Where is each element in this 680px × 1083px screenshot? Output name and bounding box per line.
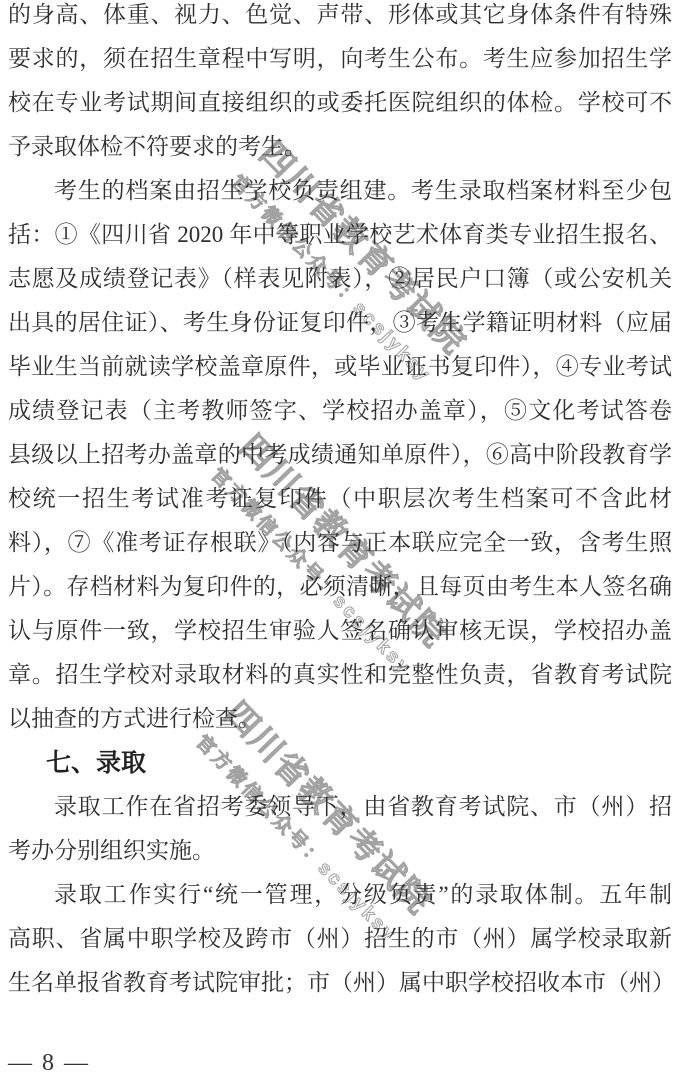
text-line: 的身高、体重、视力、色觉、声带、形体或其它身体条件有特殊 [8, 0, 672, 37]
text-line: 生名单报省教育考试院审批；市（州）属中职学校招收本市（州） [8, 961, 672, 1005]
text-line: 料），⑦《准考证存根联》（内容与正本联应完全一致，含考生照 [8, 521, 672, 565]
text-line: 县级以上招考办盖章的中考成绩通知单原件），⑥高中阶段教育学 [8, 433, 672, 477]
document-page: 四川省教育考试院 官方微信公众号：scsjyksy 四川省教育考试院 官方微信公… [0, 0, 680, 1083]
text-line: 毕业生当前就读学校盖章原件，或毕业证书复印件），④专业考试 [8, 345, 672, 389]
text-line: 以抽查的方式进行检查。 [8, 697, 672, 741]
text-line: 予录取体检不符要求的考生。 [8, 125, 672, 169]
text-line: 括：①《四川省 2020 年中等职业学校艺术体育类专业招生报名、 [8, 213, 672, 257]
text-line: 校在专业考试期间直接组织的或委托医院组织的体检。学校可不 [8, 81, 672, 125]
body-text: 的身高、体重、视力、色觉、声带、形体或其它身体条件有特殊 要求的，须在招生章程中… [0, 0, 680, 1005]
text-line: 认与原件一致，学校招生审验人签名确认审核无误，学校招办盖 [8, 609, 672, 653]
page-number: — 8 — [8, 1050, 90, 1077]
text-line: 录取工作在省招考委领导下，由省教育考试院、市（州）招 [8, 785, 672, 829]
text-line: 要求的，须在招生章程中写明，向考生公布。考生应参加招生学 [8, 37, 672, 81]
section-heading: 七、录取 [8, 741, 672, 785]
text-line: 出具的居住证）、考生身份证复印件，③考生学籍证明材料（应届 [8, 301, 672, 345]
text-line: 成绩登记表（主考教师签字、学校招办盖章），⑤文化考试答卷（或 [8, 389, 672, 433]
text-line: 章。招生学校对录取材料的真实性和完整性负责，省教育考试院 [8, 653, 672, 697]
text-line: 录取工作实行“统一管理，分级负责”的录取体制。五年制 [8, 873, 672, 917]
text-line: 志愿及成绩登记表》（样表见附表），②居民户口簿（或公安机关 [8, 257, 672, 301]
text-line: 考办分别组织实施。 [8, 829, 672, 873]
text-line: 高职、省属中职学校及跨市（州）招生的市（州）属学校录取新 [8, 917, 672, 961]
text-line: 考生的档案由招生学校负责组建。考生录取档案材料至少包 [8, 169, 672, 213]
text-line: 校统一招生考试准考证复印件（中职层次考生档案可不含此材 [8, 477, 672, 521]
text-line: 片）。存档材料为复印件的，必须清晰，且每页由考生本人签名确 [8, 565, 672, 609]
